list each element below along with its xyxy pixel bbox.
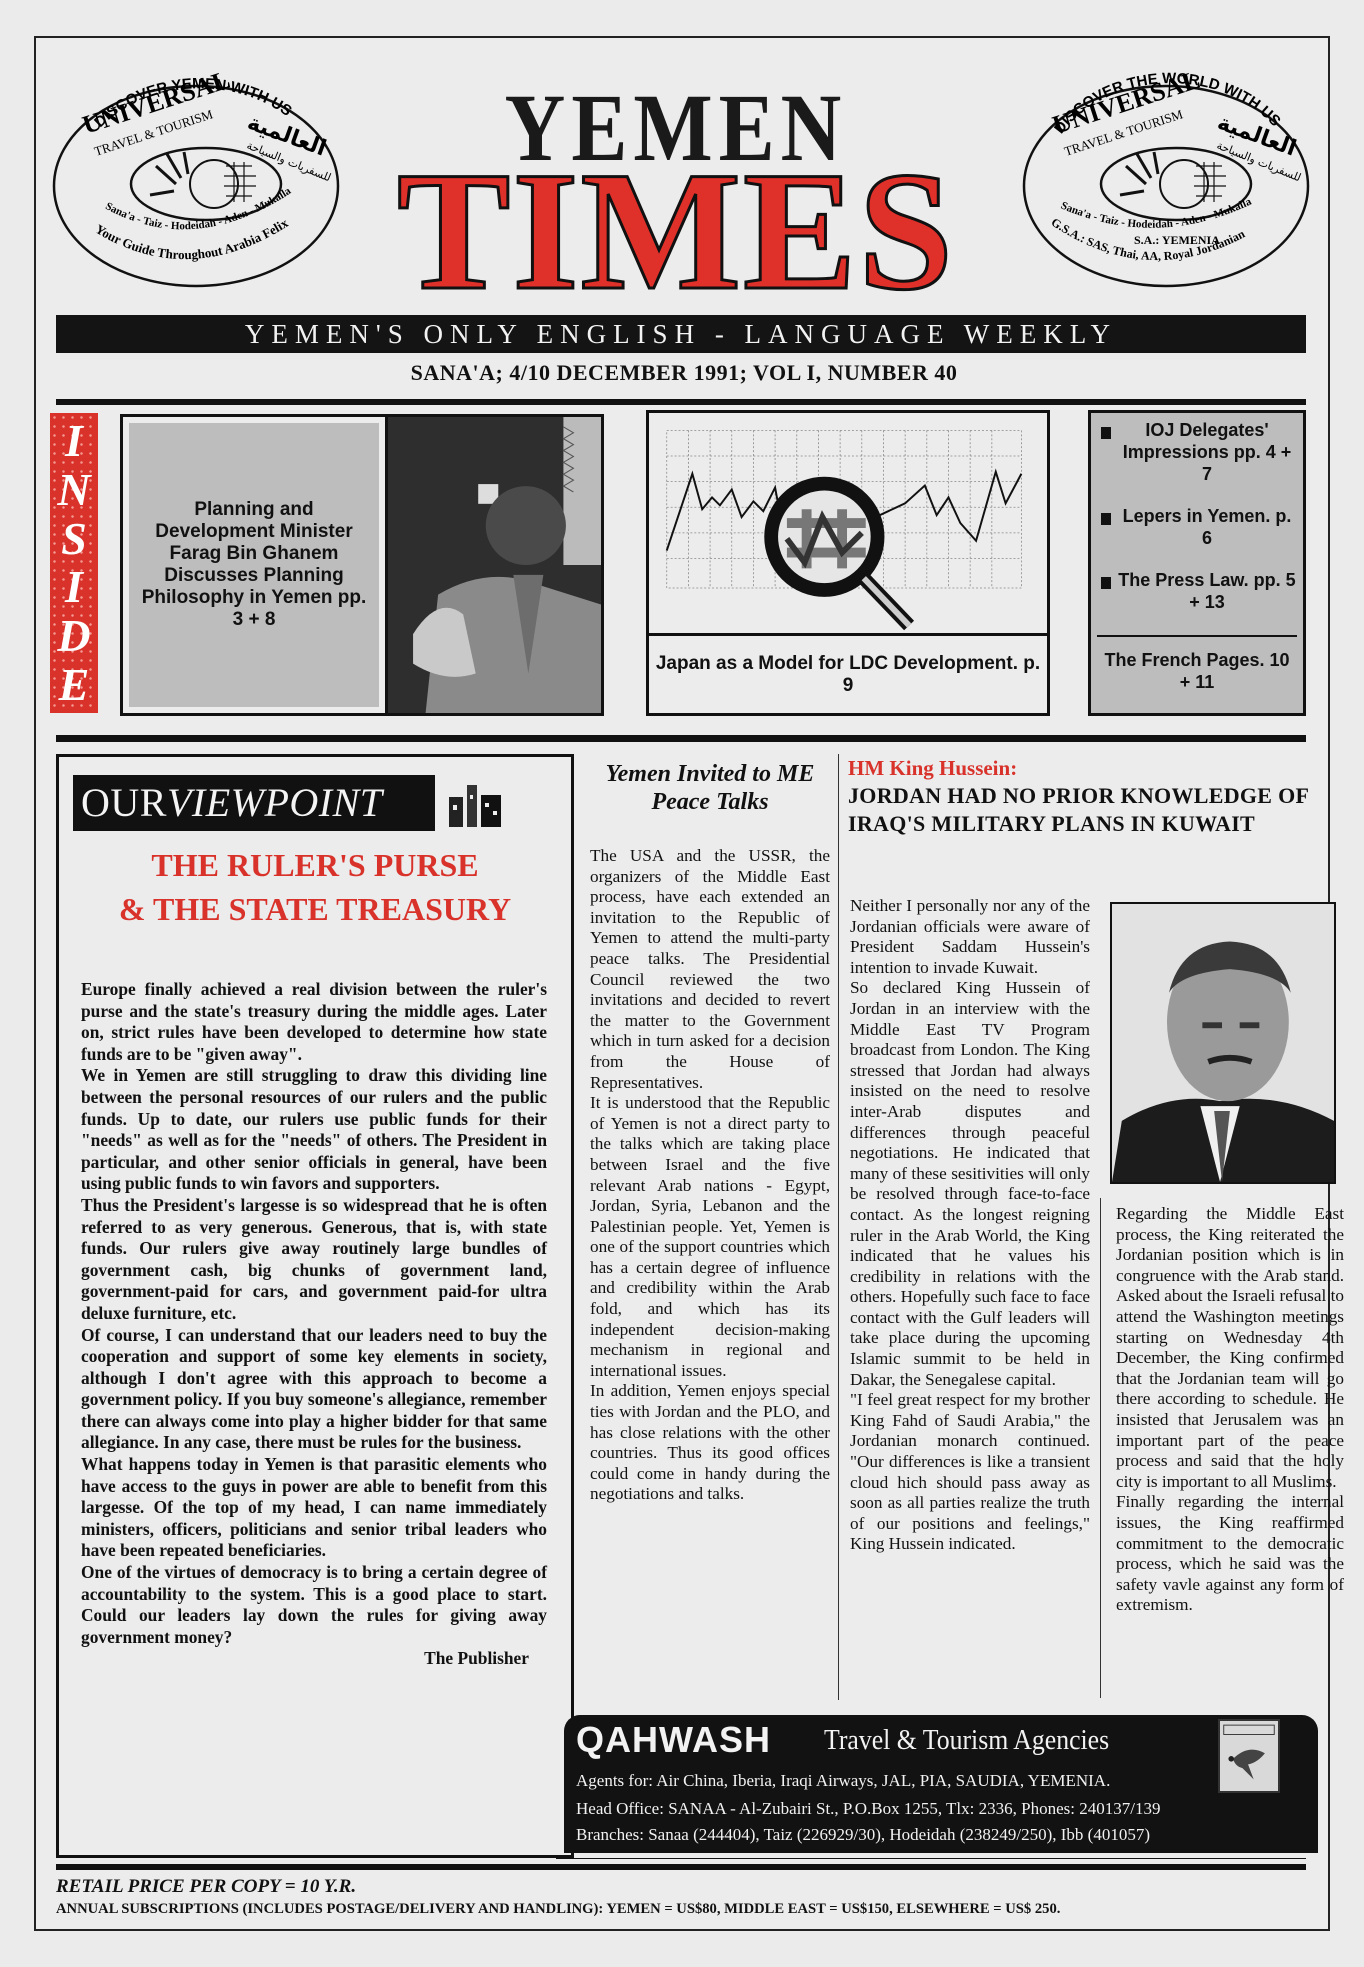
ad-brand: QAHWASH <box>576 1719 771 1761</box>
magnifier-chart-icon <box>649 413 1047 635</box>
masthead-divider <box>56 399 1306 405</box>
jordan-body-col1: Neither I personally nor any of the Jord… <box>850 896 1090 1555</box>
toc-divider <box>1097 635 1297 637</box>
title-times: TIMES <box>396 156 956 306</box>
svg-text:Sana'a - Taiz - Hodeidah - Ade: Sana'a - Taiz - Hodeidah - Aden - Mukall… <box>1059 195 1254 230</box>
ad-tagline: Travel & Tourism Agencies <box>824 1725 1109 1757</box>
tagline-bar: YEMEN'S ONLY ENGLISH - LANGUAGE WEEKLY <box>56 315 1306 353</box>
column-rule <box>1100 1198 1101 1698</box>
minister-portrait-icon <box>388 417 601 713</box>
retail-price: RETAIL PRICE PER COPY = 10 Y.R. <box>56 1876 356 1898</box>
dateline: SANA'A; 4/10 DECEMBER 1991; VOL I, NUMBE… <box>36 360 1332 386</box>
bullet-icon <box>1101 513 1111 525</box>
inside-feature-planning[interactable]: Planning and Development Minister Farag … <box>120 414 604 716</box>
editorial-signature: The Publisher <box>81 1648 547 1670</box>
ad-agents: Agents for: Air China, Iberia, Iraqi Air… <box>576 1771 1110 1791</box>
universal-travel-logo-right: DISCOVER THE WORLD WITH US UNIVERSAL TRA… <box>1016 56 1316 296</box>
section-divider <box>56 735 1306 742</box>
column-rule <box>838 754 839 1700</box>
peace-talks-headline[interactable]: Yemen Invited to ME Peace Talks <box>590 760 830 816</box>
inside-feature-japan[interactable]: Japan as a Model for LDC Development. p.… <box>646 410 1050 716</box>
building-sketch-icon <box>443 775 509 831</box>
feature-japan-caption: Japan as a Model for LDC Development. p.… <box>649 633 1047 713</box>
newspaper-front-page: DISCOVER YEMEN WITH US UNIVERSAL TRAVEL … <box>34 36 1330 1931</box>
footer-rule-thin <box>556 1858 1306 1859</box>
inside-label: I N S I D E <box>50 413 98 713</box>
bullet-icon <box>1101 427 1111 439</box>
subscription-rates: ANNUAL SUBSCRIPTIONS (INCLUDES POSTAGE/D… <box>56 1901 1060 1918</box>
qahwash-travel-ad[interactable]: QAHWASH Travel & Tourism Agencies Agents… <box>564 1715 1318 1853</box>
ad-branches: Branches: Sanaa (244404), Taiz (226929/3… <box>576 1825 1150 1845</box>
feature-planning-text: Planning and Development Minister Farag … <box>129 423 379 707</box>
jordan-kicker: HM King Hussein: <box>848 756 1017 781</box>
our-viewpoint-label: OURVIEWPOINT <box>73 775 435 831</box>
editorial-headline: THE RULER'S PURSE & THE STATE TREASURY <box>59 843 571 931</box>
masthead-title: YEMEN TIMES <box>396 52 956 314</box>
toc-item-lepers[interactable]: Lepers in Yemen. p. 6 <box>1091 505 1303 549</box>
king-hussein-photo <box>1110 902 1336 1184</box>
toc-item-press-law[interactable]: The Press Law. pp. 5 + 13 <box>1091 569 1303 613</box>
ad-head-office: Head Office: SANAA - Al-Zubairi St., P.O… <box>576 1799 1160 1819</box>
universal-travel-logo-left: DISCOVER YEMEN WITH US UNIVERSAL TRAVEL … <box>46 56 346 296</box>
toc-item-ioj[interactable]: IOJ Delegates' Impressions pp. 4 + 7 <box>1091 419 1303 485</box>
king-hussein-portrait-icon <box>1112 904 1334 1182</box>
dove-logo-icon <box>1218 1719 1280 1793</box>
universal-travel-emblem-icon: DISCOVER YEMEN WITH US UNIVERSAL TRAVEL … <box>46 56 346 296</box>
jordan-headline[interactable]: JORDAN HAD NO PRIOR KNOWLEDGE OF IRAQ'S … <box>848 782 1338 838</box>
article-peace-talks: Yemen Invited to ME Peace Talks The USA … <box>590 754 830 1505</box>
peace-talks-body: The USA and the USSR, the organizers of … <box>590 846 830 1505</box>
japan-graphic <box>649 413 1047 635</box>
inside-contents-list: IOJ Delegates' Impressions pp. 4 + 7 Lep… <box>1088 410 1306 716</box>
footer-divider <box>56 1864 1306 1870</box>
universal-travel-emblem-icon: DISCOVER THE WORLD WITH US UNIVERSAL TRA… <box>1016 56 1316 296</box>
editorial-body: Europe finally achieved a real division … <box>81 979 547 1670</box>
toc-french-pages[interactable]: The French Pages. 10 + 11 <box>1091 649 1303 693</box>
jordan-body-col2: Regarding the Middle East process, the K… <box>1116 1204 1344 1616</box>
editorial-our-viewpoint: OURVIEWPOINT THE RULER'S PURSE & THE STA… <box>56 754 574 1858</box>
bullet-icon <box>1101 577 1111 589</box>
minister-photo <box>385 417 601 713</box>
